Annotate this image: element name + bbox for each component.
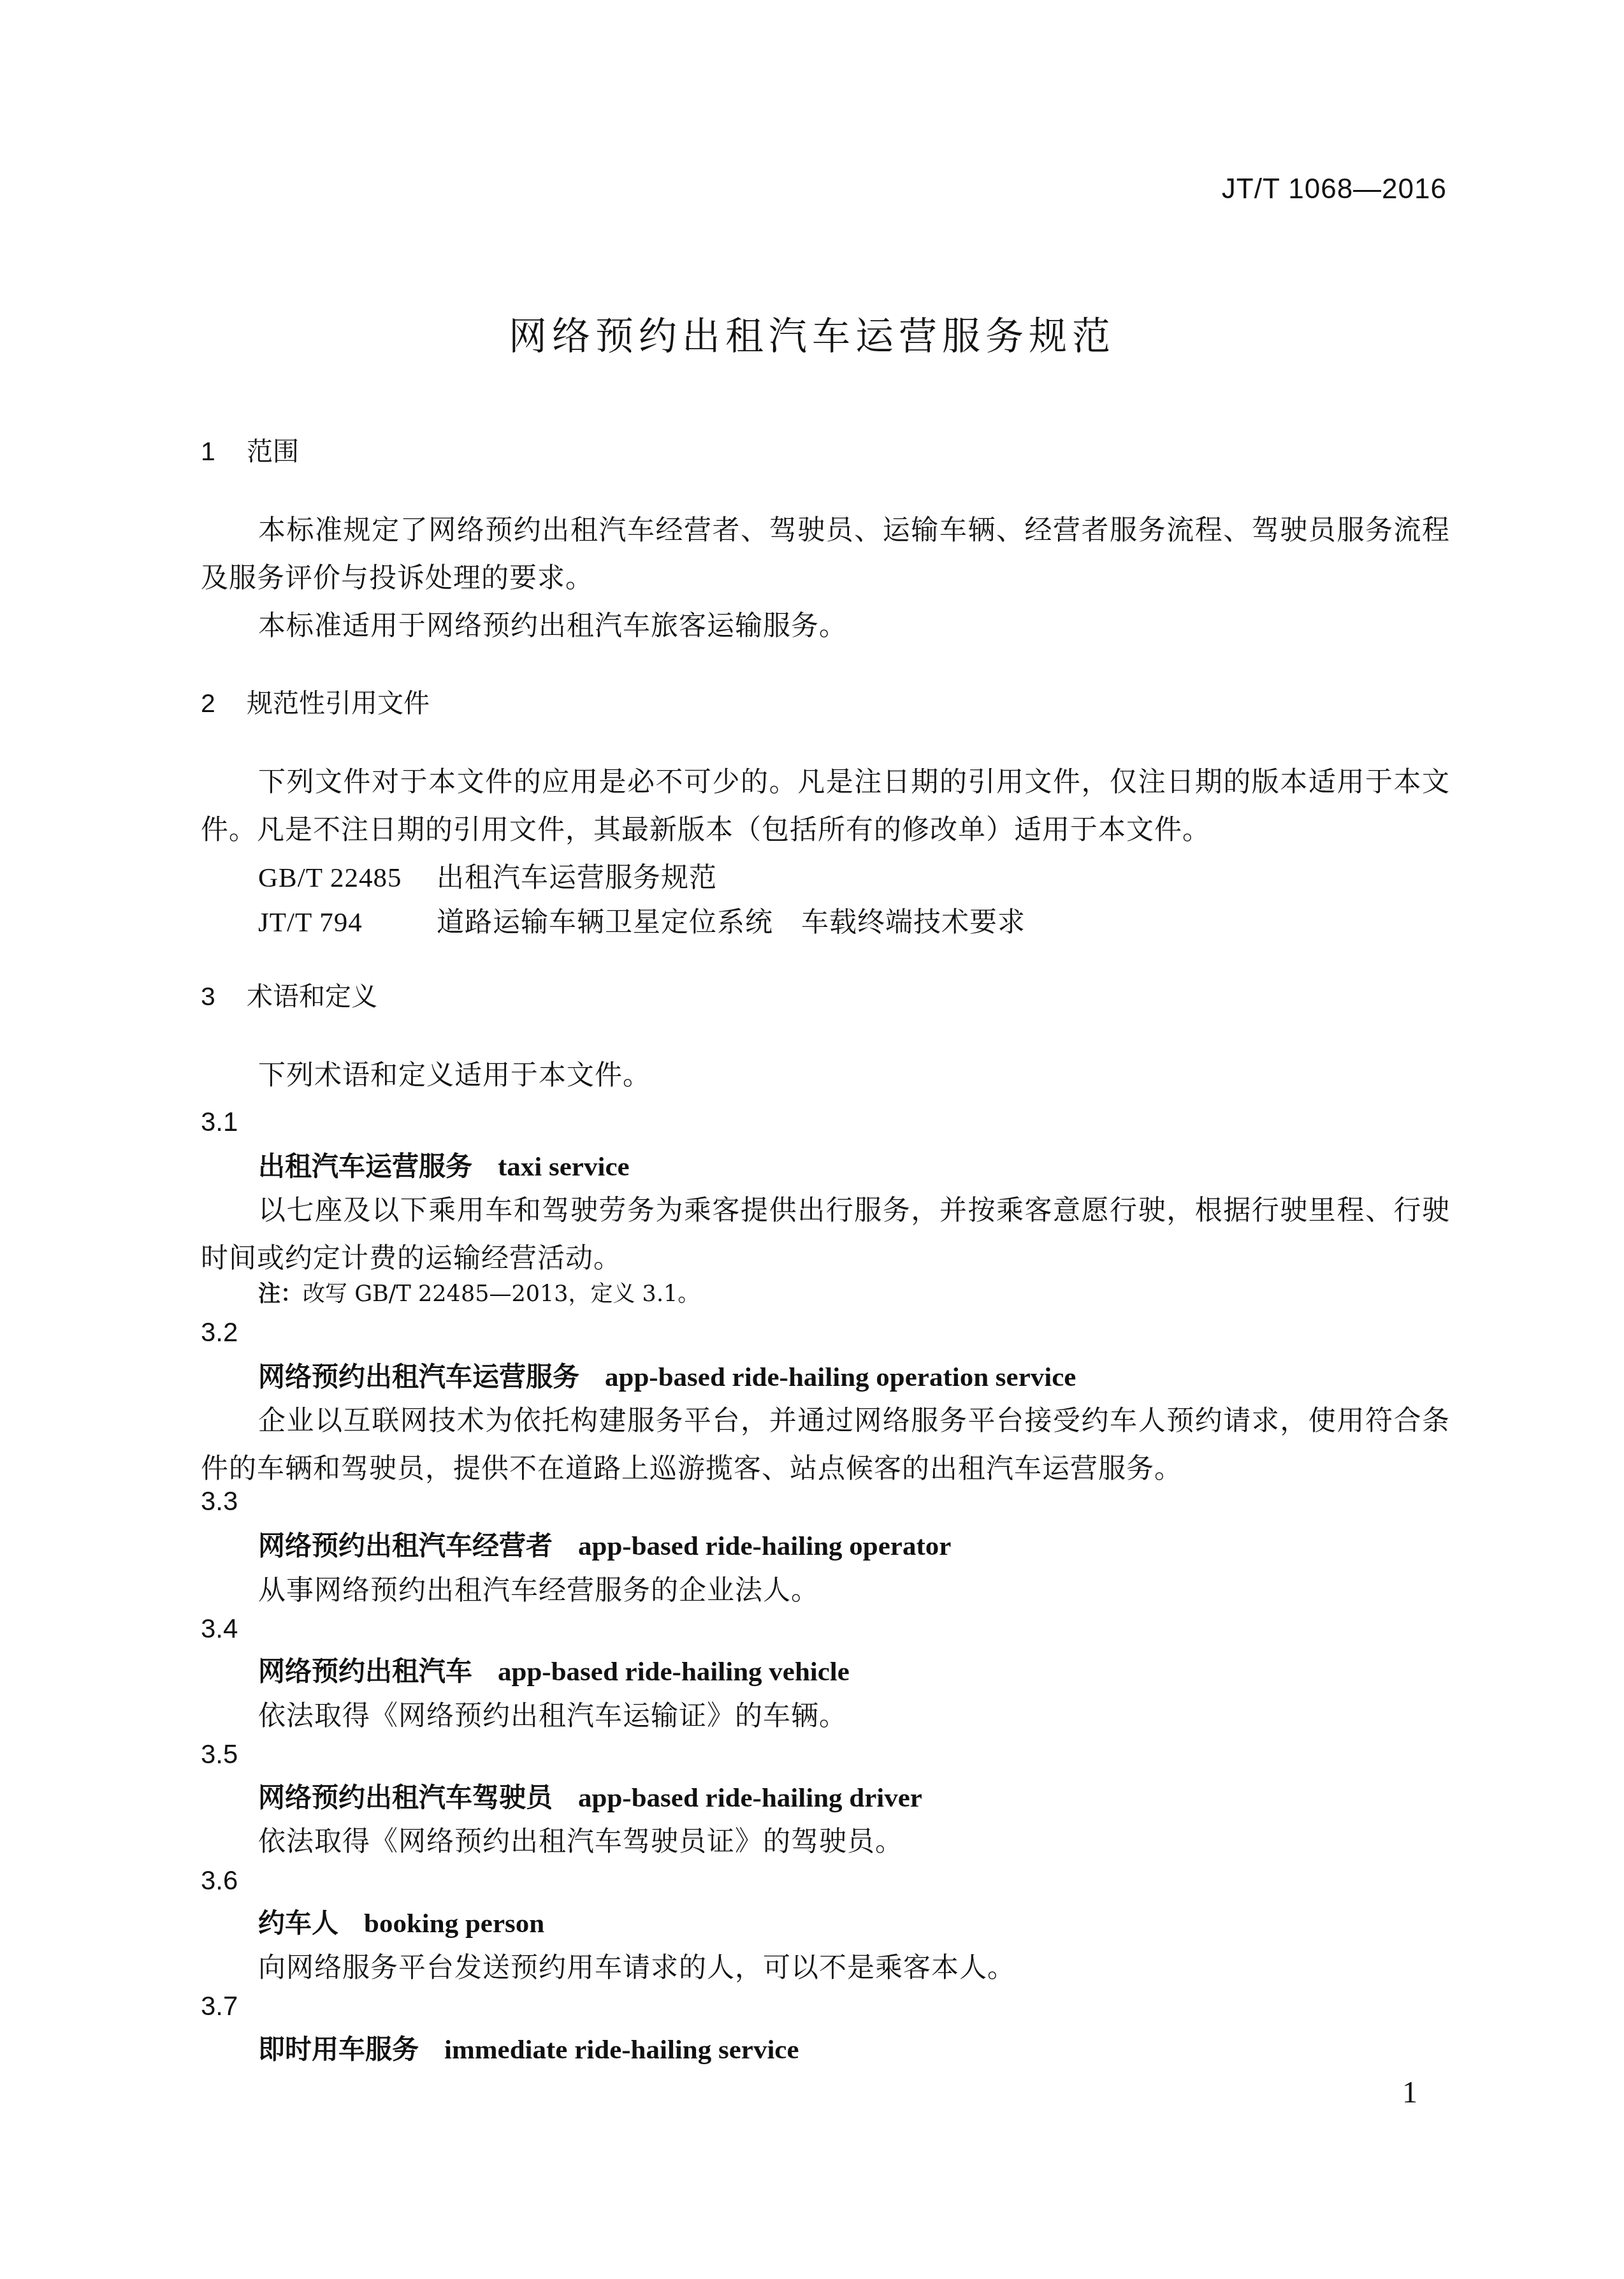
term-title: 出租汽车运营服务taxi service (258, 1147, 630, 1186)
section-title: 术语和定义 (247, 981, 377, 1012)
section-number: 1 (201, 437, 247, 467)
term-chinese: 网络预约出租汽车经营者 (258, 1530, 553, 1561)
reference-title: 道路运输车辆卫星定位系统 车载终端技术要求 (437, 907, 1026, 938)
section-number: 3 (201, 982, 247, 1012)
term-english: immediate ride-hailing service (444, 2035, 799, 2065)
term-title: 网络预约出租汽车app-based ride-hailing vehicle (258, 1652, 850, 1691)
section-2-paragraph-1: 下列文件对于本文件的应用是必不可少的。凡是注日期的引用文件，仅注日期的版本适用于… (201, 759, 1450, 854)
standard-code: JT/T 1068—2016 (1222, 173, 1447, 205)
term-chinese: 网络预约出租汽车 (258, 1656, 472, 1687)
term-definition: 企业以互联网技术为依托构建服务平台，并通过网络服务平台接受约车人预约请求，使用符… (201, 1397, 1450, 1493)
section-1-heading: 1范围 (201, 430, 299, 468)
term-note: 注：改写 GB/T 22485—2013，定义 3.1。 (258, 1275, 700, 1313)
note-label: 注： (258, 1281, 303, 1307)
term-definition: 依法取得《网络预约出租汽车运输证》的车辆。 (258, 1693, 847, 1740)
document-page: JT/T 1068—2016 网络预约出租汽车运营服务规范 1范围 本标准规定了… (0, 0, 1624, 2279)
term-english: app-based ride-hailing operation service (605, 1362, 1076, 1392)
page-number: 1 (1402, 2075, 1417, 2110)
term-title: 网络预约出租汽车运营服务app-based ride-hailing opera… (258, 1358, 1076, 1397)
reference-code: GB/T 22485 (258, 854, 437, 902)
term-number: 3.3 (201, 1482, 238, 1520)
term-chinese: 网络预约出租汽车驾驶员 (258, 1782, 553, 1813)
reference-code: JT/T 794 (258, 899, 437, 947)
term-number: 3.4 (201, 1610, 238, 1648)
section-number: 2 (201, 688, 247, 718)
note-text: 改写 GB/T 22485—2013，定义 3.1。 (303, 1281, 700, 1307)
term-definition: 向网络服务平台发送预约用车请求的人，可以不是乘客本人。 (258, 1944, 1015, 1992)
term-definition: 从事网络预约出租汽车经营服务的企业法人。 (258, 1567, 819, 1615)
term-title: 即时用车服务immediate ride-hailing service (258, 2030, 799, 2069)
term-number: 3.7 (201, 1987, 238, 2025)
term-english: app-based ride-hailing vehicle (498, 1657, 850, 1687)
term-english: taxi service (498, 1152, 630, 1182)
reference-item: GB/T 22485出租汽车运营服务规范 (258, 854, 717, 902)
term-chinese: 即时用车服务 (258, 2034, 419, 2065)
document-title: 网络预约出租汽车运营服务规范 (0, 306, 1624, 361)
term-number: 3.5 (201, 1735, 238, 1773)
section-1-paragraph-2: 本标准适用于网络预约出租汽车旅客运输服务。 (201, 602, 1450, 650)
section-1-paragraph-1: 本标准规定了网络预约出租汽车经营者、驾驶员、运输车辆、经营者服务流程、驾驶员服务… (201, 507, 1450, 602)
term-chinese: 网络预约出租汽车运营服务 (258, 1361, 579, 1392)
term-english: app-based ride-hailing operator (578, 1531, 951, 1561)
section-title: 规范性引用文件 (247, 688, 430, 718)
term-number: 3.6 (201, 1861, 238, 1900)
term-definition: 以七座及以下乘用车和驾驶劳务为乘客提供出行服务，并按乘客意愿行驶，根据行驶里程、… (201, 1187, 1450, 1283)
section-title: 范围 (247, 436, 299, 467)
section-2-heading: 2规范性引用文件 (201, 682, 430, 720)
term-title: 约车人booking person (258, 1904, 544, 1943)
term-definition: 依法取得《网络预约出租汽车驾驶员证》的驾驶员。 (258, 1818, 903, 1866)
term-chinese: 出租汽车运营服务 (258, 1151, 472, 1182)
term-number: 3.2 (201, 1313, 238, 1351)
reference-item: JT/T 794道路运输车辆卫星定位系统 车载终端技术要求 (258, 899, 1026, 947)
term-english: app-based ride-hailing driver (578, 1783, 922, 1813)
term-chinese: 约车人 (258, 1907, 338, 1939)
section-3-heading: 3术语和定义 (201, 975, 377, 1013)
term-title: 网络预约出租汽车驾驶员app-based ride-hailing driver (258, 1779, 922, 1817)
term-english: booking person (364, 1909, 544, 1939)
term-number: 3.1 (201, 1103, 238, 1141)
reference-title: 出租汽车运营服务规范 (437, 862, 717, 894)
section-3-intro: 下列术语和定义适用于本文件。 (258, 1052, 651, 1100)
term-title: 网络预约出租汽车经营者app-based ride-hailing operat… (258, 1527, 951, 1566)
